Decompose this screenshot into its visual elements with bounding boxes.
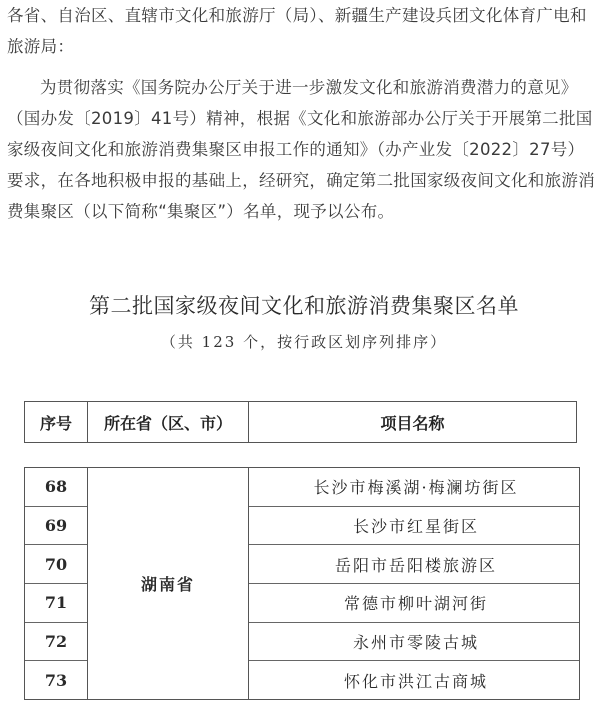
table-row-name: 长沙市梅溪湖·梅澜坊街区 xyxy=(249,468,579,507)
list-subtitle: （共 123 个，按行政区划序列排序） xyxy=(0,331,608,352)
table-row-name: 岳阳市岳阳楼旅游区 xyxy=(249,545,579,584)
header-serial-number: 序号 xyxy=(25,402,88,442)
table-row-number: 73 xyxy=(25,661,87,700)
table-row-number: 71 xyxy=(25,584,87,623)
notice-salutation: 各省、自治区、直辖市文化和旅游厅（局）、新疆生产建设兵团文化体育广电和旅游局： xyxy=(7,0,597,62)
notice-body: 为贯彻落实《国务院办公厅关于进一步激发文化和旅游消费潜力的意见》（国办发〔201… xyxy=(7,72,597,227)
table-header: 序号 所在省（区、市） 项目名称 xyxy=(24,401,577,443)
table-row-name: 永州市零陵古城 xyxy=(249,623,579,662)
table-row-name: 怀化市洪江古商城 xyxy=(249,661,579,700)
table-row-number: 68 xyxy=(25,468,87,507)
table-row-number: 69 xyxy=(25,507,87,546)
table-row-name: 长沙市红星街区 xyxy=(249,507,579,546)
list-title: 第二批国家级夜间文化和旅游消费集聚区名单 xyxy=(0,290,608,320)
table-row-name: 常德市柳叶湖河街 xyxy=(249,584,579,623)
serial-number-column: 68 69 70 71 72 73 xyxy=(25,468,88,699)
province-cell: 湖南省 xyxy=(88,572,248,595)
table-row-number: 72 xyxy=(25,623,87,662)
cluster-list-table: 68 69 70 71 72 73 湖南省 长沙市梅溪湖·梅澜坊街区 长沙市红星… xyxy=(24,467,580,700)
header-project-name: 项目名称 xyxy=(249,402,576,442)
project-name-column: 长沙市梅溪湖·梅澜坊街区 长沙市红星街区 岳阳市岳阳楼旅游区 常德市柳叶湖河街 … xyxy=(249,468,579,699)
header-province: 所在省（区、市） xyxy=(88,402,249,442)
table-row-number: 70 xyxy=(25,545,87,584)
province-column: 湖南省 xyxy=(88,468,249,699)
